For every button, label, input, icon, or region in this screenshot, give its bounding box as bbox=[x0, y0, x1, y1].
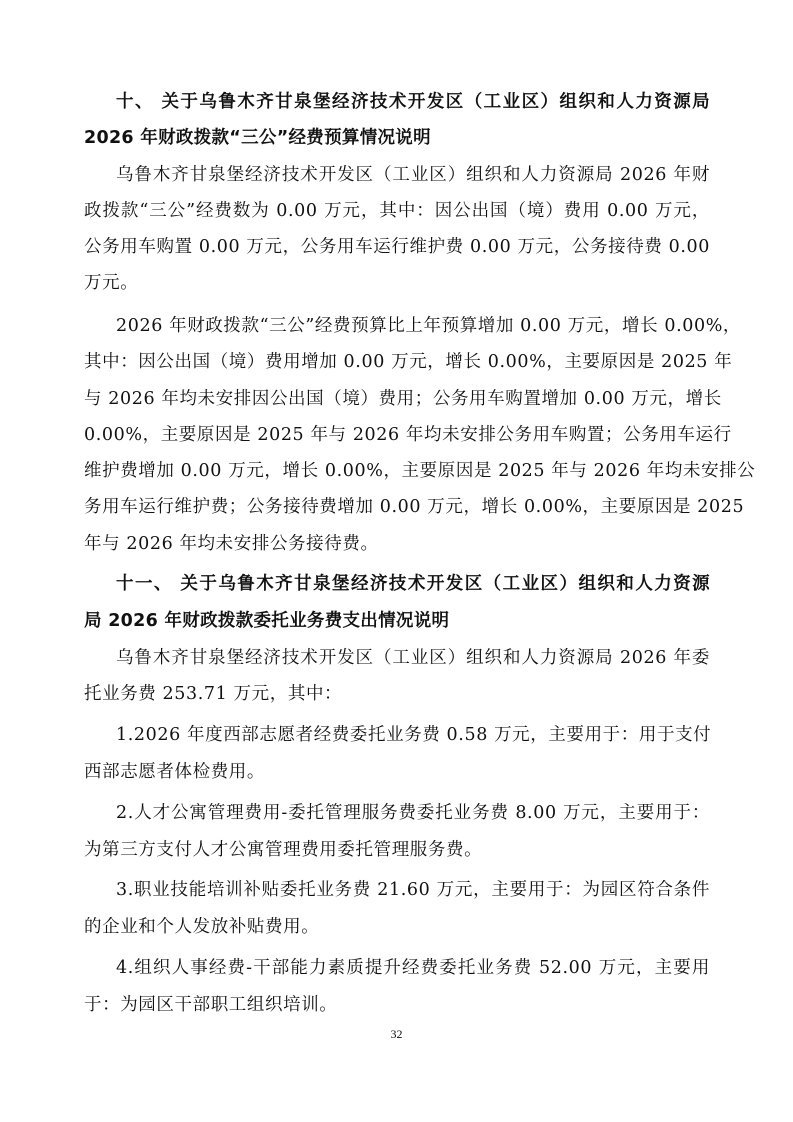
list-item-line: 于：为园区干部职工组织培训。 bbox=[84, 993, 710, 1017]
paragraph-line: 托业务费 253.71 万元，其中： bbox=[84, 682, 710, 706]
list-item-line: 西部志愿者体检费用。 bbox=[84, 760, 710, 784]
section-10-heading-line-1: 十、 关于乌鲁木齐甘泉堡经济技术开发区（工业区）组织和人力资源局 bbox=[116, 90, 710, 114]
paragraph-line: 年与 2026 年均未安排公务接待费。 bbox=[84, 532, 710, 556]
page-number: 32 bbox=[0, 1027, 793, 1042]
paragraph-line: 与 2026 年均未安排因公出国（境）费用；公务用车购置增加 0.00 万元，增… bbox=[84, 387, 710, 411]
section-11-heading-line-2: 局 2026 年财政拨款委托业务费支出情况说明 bbox=[84, 609, 710, 633]
section-10-heading-line-2: 2026 年财政拨款“三公”经费预算情况说明 bbox=[84, 126, 710, 150]
paragraph-line: 其中：因公出国（境）费用增加 0.00 万元，增长 0.00%，主要原因是 20… bbox=[84, 350, 710, 374]
paragraph-line: 公务用车购置 0.00 万元，公务用车运行维护费 0.00 万元，公务接待费 0… bbox=[84, 235, 710, 259]
paragraph-line: 万元。 bbox=[84, 271, 710, 295]
list-item-line: 的企业和个人发放补贴费用。 bbox=[84, 915, 710, 939]
paragraph-line: 乌鲁木齐甘泉堡经济技术开发区（工业区）组织和人力资源局 2026 年委 bbox=[116, 646, 710, 670]
list-item-line: 4.组织人事经费-干部能力素质提升经费委托业务费 52.00 万元，主要用 bbox=[116, 956, 710, 980]
list-item-line: 3.职业技能培训补贴委托业务费 21.60 万元，主要用于：为园区符合条件 bbox=[116, 878, 710, 902]
paragraph-line: 乌鲁木齐甘泉堡经济技术开发区（工业区）组织和人力资源局 2026 年财 bbox=[116, 163, 710, 187]
list-item-line: 为第三方支付人才公寓管理费用委托管理服务费。 bbox=[84, 838, 710, 862]
section-11-heading-line-1: 十一、 关于乌鲁木齐甘泉堡经济技术开发区（工业区）组织和人力资源 bbox=[116, 572, 710, 596]
paragraph-line: 维护费增加 0.00 万元，增长 0.00%，主要原因是 2025 年与 202… bbox=[84, 459, 710, 483]
paragraph-line: 政拨款“三公”经费数为 0.00 万元，其中：因公出国（境）费用 0.00 万元… bbox=[84, 199, 710, 223]
list-item-line: 1.2026 年度西部志愿者经费委托业务费 0.58 万元，主要用于：用于支付 bbox=[116, 723, 710, 747]
document-page: 十、 关于乌鲁木齐甘泉堡经济技术开发区（工业区）组织和人力资源局 2026 年财… bbox=[0, 0, 793, 1122]
paragraph-line: 2026 年财政拨款“三公”经费预算比上年预算增加 0.00 万元，增长 0.0… bbox=[116, 314, 710, 338]
paragraph-line: 务用车运行维护费；公务接待费增加 0.00 万元，增长 0.00%，主要原因是 … bbox=[84, 495, 710, 519]
paragraph-line: 0.00%，主要原因是 2025 年与 2026 年均未安排公务用车购置；公务用… bbox=[84, 423, 710, 447]
list-item-line: 2.人才公寓管理费用-委托管理服务费委托业务费 8.00 万元，主要用于： bbox=[116, 801, 710, 825]
